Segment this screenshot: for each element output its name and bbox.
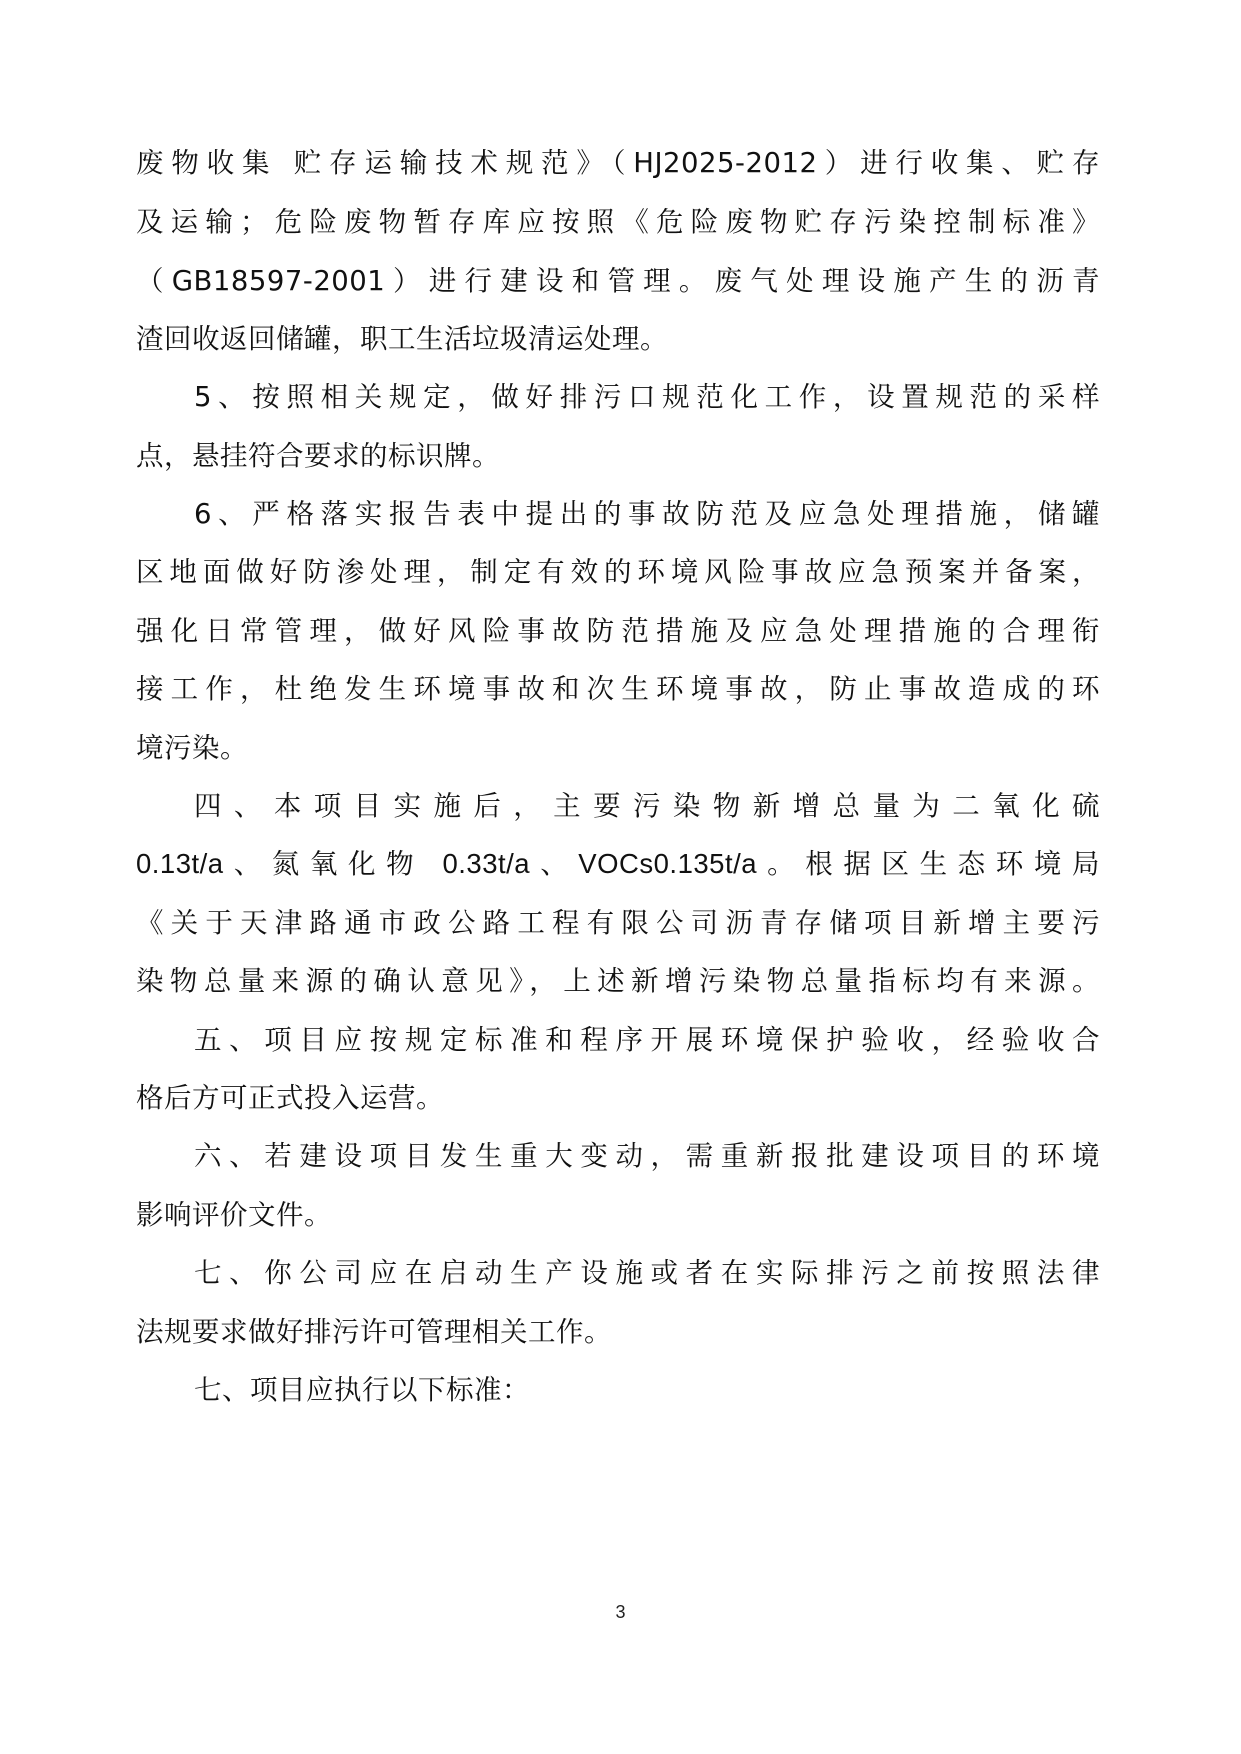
document-page: 废物收集 贮存运输技术规范》（HJ2025-2012）进行收集、贮存 及运输；危… — [0, 0, 1241, 1754]
text-line: 废物收集 贮存运输技术规范》（HJ2025-2012）进行收集、贮存 — [136, 143, 1100, 183]
text-line: 5、按照相关规定，做好排污口规范化工作，设置规范的采样 — [194, 377, 1100, 417]
text-line: 0.13t/a、氮氧化物 0.33t/a、VOCs0.135t/a。根据区生态环… — [136, 844, 1100, 884]
text-line: 染物总量来源的确认意见》，上述新增污染物总量指标均有来源。 — [136, 961, 1100, 1001]
text-line: 七、你公司应在启动生产设施或者在实际排污之前按照法律 — [194, 1253, 1100, 1293]
text-line: 影响评价文件。 — [136, 1195, 1100, 1235]
text-line: 点，悬挂符合要求的标识牌。 — [136, 436, 1100, 476]
text-line: 及运输；危险废物暂存库应按照《危险废物贮存污染控制标准》 — [136, 202, 1100, 242]
text-line: 六、若建设项目发生重大变动，需重新报批建设项目的环境 — [194, 1136, 1100, 1176]
text-line: 强化日常管理，做好风险事故防范措施及应急处理措施的合理衔 — [136, 611, 1100, 651]
text-line: 渣回收返回储罐，职工生活垃圾清运处理。 — [136, 319, 1100, 359]
text-line: 区地面做好防渗处理，制定有效的环境风险事故应急预案并备案， — [136, 552, 1100, 592]
text-line: 五、项目应按规定标准和程序开展环境保护验收，经验收合 — [194, 1020, 1100, 1060]
text-line: 七、项目应执行以下标准： — [194, 1370, 1100, 1410]
text-line: 6、严格落实报告表中提出的事故防范及应急处理措施，储罐 — [194, 494, 1100, 534]
text-line: 四、本项目实施后，主要污染物新增总量为二氧化硫 — [194, 786, 1100, 826]
page-number: 3 — [0, 1602, 1241, 1623]
text-line: （GB18597-2001）进行建设和管理。废气处理设施产生的沥青 — [136, 261, 1100, 301]
text-line: 法规要求做好排污许可管理相关工作。 — [136, 1312, 1100, 1352]
text-line: 格后方可正式投入运营。 — [136, 1078, 1100, 1118]
text-line: 接工作，杜绝发生环境事故和次生环境事故，防止事故造成的环 — [136, 669, 1100, 709]
text-line: 境污染。 — [136, 728, 1100, 768]
text-line: 《关于天津路通市政公路工程有限公司沥青存储项目新增主要污 — [136, 903, 1100, 943]
